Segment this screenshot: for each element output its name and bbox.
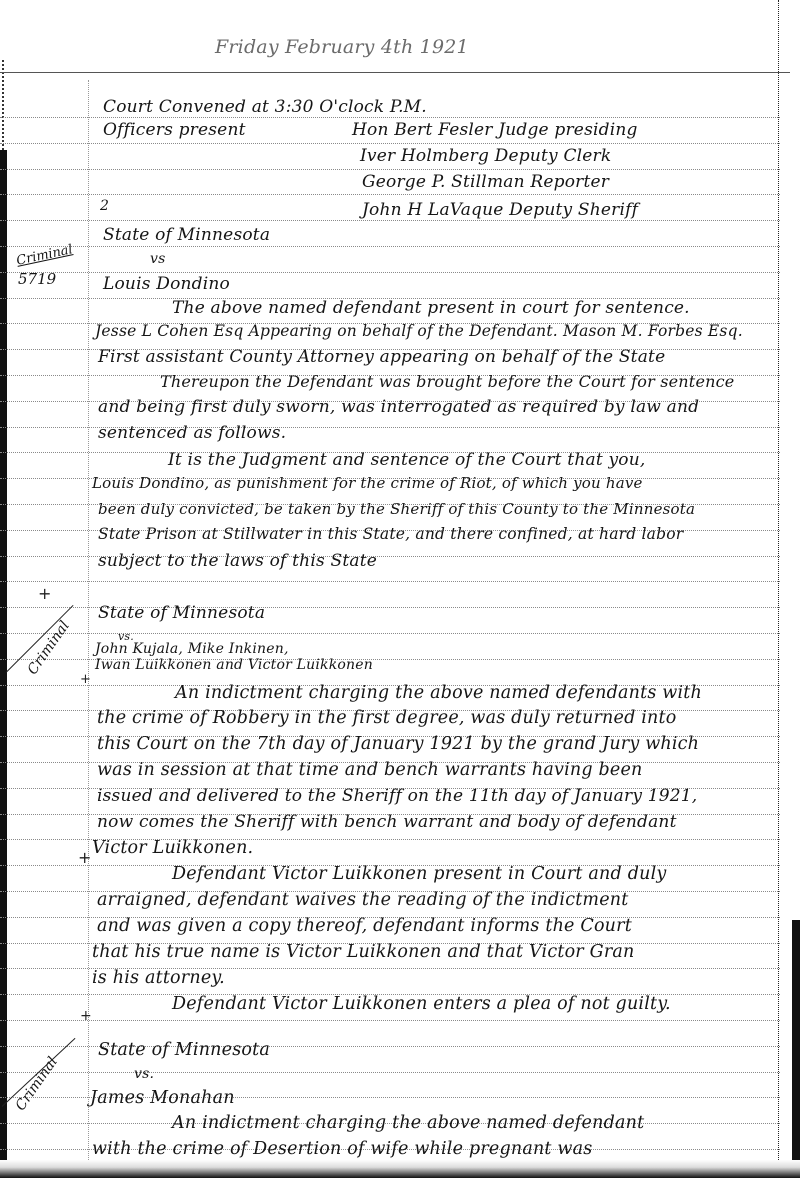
case3-margin-label: Criminal [13,1054,61,1114]
case1-line-9: been duly convicted, be taken by the She… [98,500,695,518]
case2-line-3: this Court on the 7th day of January 192… [97,734,699,754]
court-convened-line: Court Convened at 3:30 O'clock P.M. [103,97,427,117]
cross-mark-icon: + [78,848,91,867]
officer-judge: Hon Bert Fesler Judge presiding [352,120,638,140]
officers-present-label: Officers present [103,120,246,140]
case2-line-8: Defendant Victor Luikkonen present in Co… [172,864,666,884]
case2-line-9: arraigned, defendant waives the reading … [97,890,628,910]
case1-line-6: sentenced as follows. [98,423,286,443]
case1-case-number: 5719 [18,270,56,288]
case2-line-13: Defendant Victor Luikkonen enters a plea… [172,994,671,1014]
case2-line-1: An indictment charging the above named d… [175,683,702,703]
ruled-line [0,1020,780,1021]
binding-edge [2,60,7,150]
officer-clerk: Iver Holmberg Deputy Clerk [360,146,611,166]
case1-line-1: The above named defendant present in cou… [172,298,690,318]
case1-line-8: Louis Dondino, as punishment for the cri… [92,474,643,492]
ruled-line [0,220,780,221]
case1-line-2: Jesse L Cohen Esq Appearing on behalf of… [95,322,743,340]
case1-versus: vs [150,251,166,267]
case1-plaintiff: State of Minnesota [103,225,270,245]
cross-mark-icon: + [80,1008,92,1024]
ruled-line [0,1072,780,1073]
case2-line-6: now comes the Sheriff with bench warrant… [97,812,677,832]
ruled-line [0,272,780,273]
header-rule [0,72,790,73]
case2-line-11: that his true name is Victor Luikkonen a… [92,942,634,962]
case2-defendants-line2: Iwan Luikkonen and Victor Luikkonen [95,657,373,673]
case2-line-5: issued and delivered to the Sheriff on t… [97,786,697,806]
page-curl-shadow [0,1160,800,1178]
case2-line-2: the crime of Robbery in the first degree… [97,708,677,728]
case2-line-4: was in session at that time and bench wa… [97,760,643,780]
case2-plaintiff: State of Minnesota [98,603,265,623]
case3-plaintiff: State of Minnesota [98,1040,270,1060]
page-edge-shadow [792,920,800,1178]
stray-mark: 2 [100,198,109,214]
check-mark-icon: + [38,584,51,603]
case1-line-5: and being first duly sworn, was interrog… [98,397,699,417]
case1-line-7: It is the Judgment and sentence of the C… [168,450,645,470]
ruled-line [0,633,780,634]
ruled-line [0,117,780,118]
ruled-line [0,581,780,582]
binding-shadow [0,150,7,1178]
date-header: Friday February 4th 1921 [215,36,469,58]
cross-mark-icon: + [80,672,91,687]
case1-line-10: State Prison at Stillwater in this State… [98,525,683,543]
ruled-line [0,169,780,170]
officer-reporter: George P. Stillman Reporter [362,172,609,192]
ruled-line [0,194,780,195]
case3-line-2: with the crime of Desertion of wife whil… [92,1139,592,1159]
case1-line-3: First assistant County Attorney appearin… [98,347,665,367]
ruled-line [0,246,780,247]
right-margin-rule [778,0,779,1178]
case3-versus: vs. [134,1066,154,1082]
ledger-page: Friday February 4th 1921 Court Convened … [0,0,800,1178]
case1-defendant: Louis Dondino [103,274,230,294]
case2-line-10: and was given a copy thereof, defendant … [97,916,632,936]
case2-line-12: is his attorney. [92,968,225,988]
case3-line-1: An indictment charging the above named d… [172,1113,644,1133]
ruled-line [0,143,780,144]
case1-line-11: subject to the laws of this State [98,551,377,571]
case2-line-7: Victor Luikkonen. [92,838,253,858]
case1-line-4: Thereupon the Defendant was brought befo… [160,372,734,391]
officer-sheriff: John H LaVaque Deputy Sheriff [362,200,638,220]
case2-defendants-line1: John Kujala, Mike Inkinen, [95,641,289,657]
case3-defendant: James Monahan [90,1088,235,1108]
